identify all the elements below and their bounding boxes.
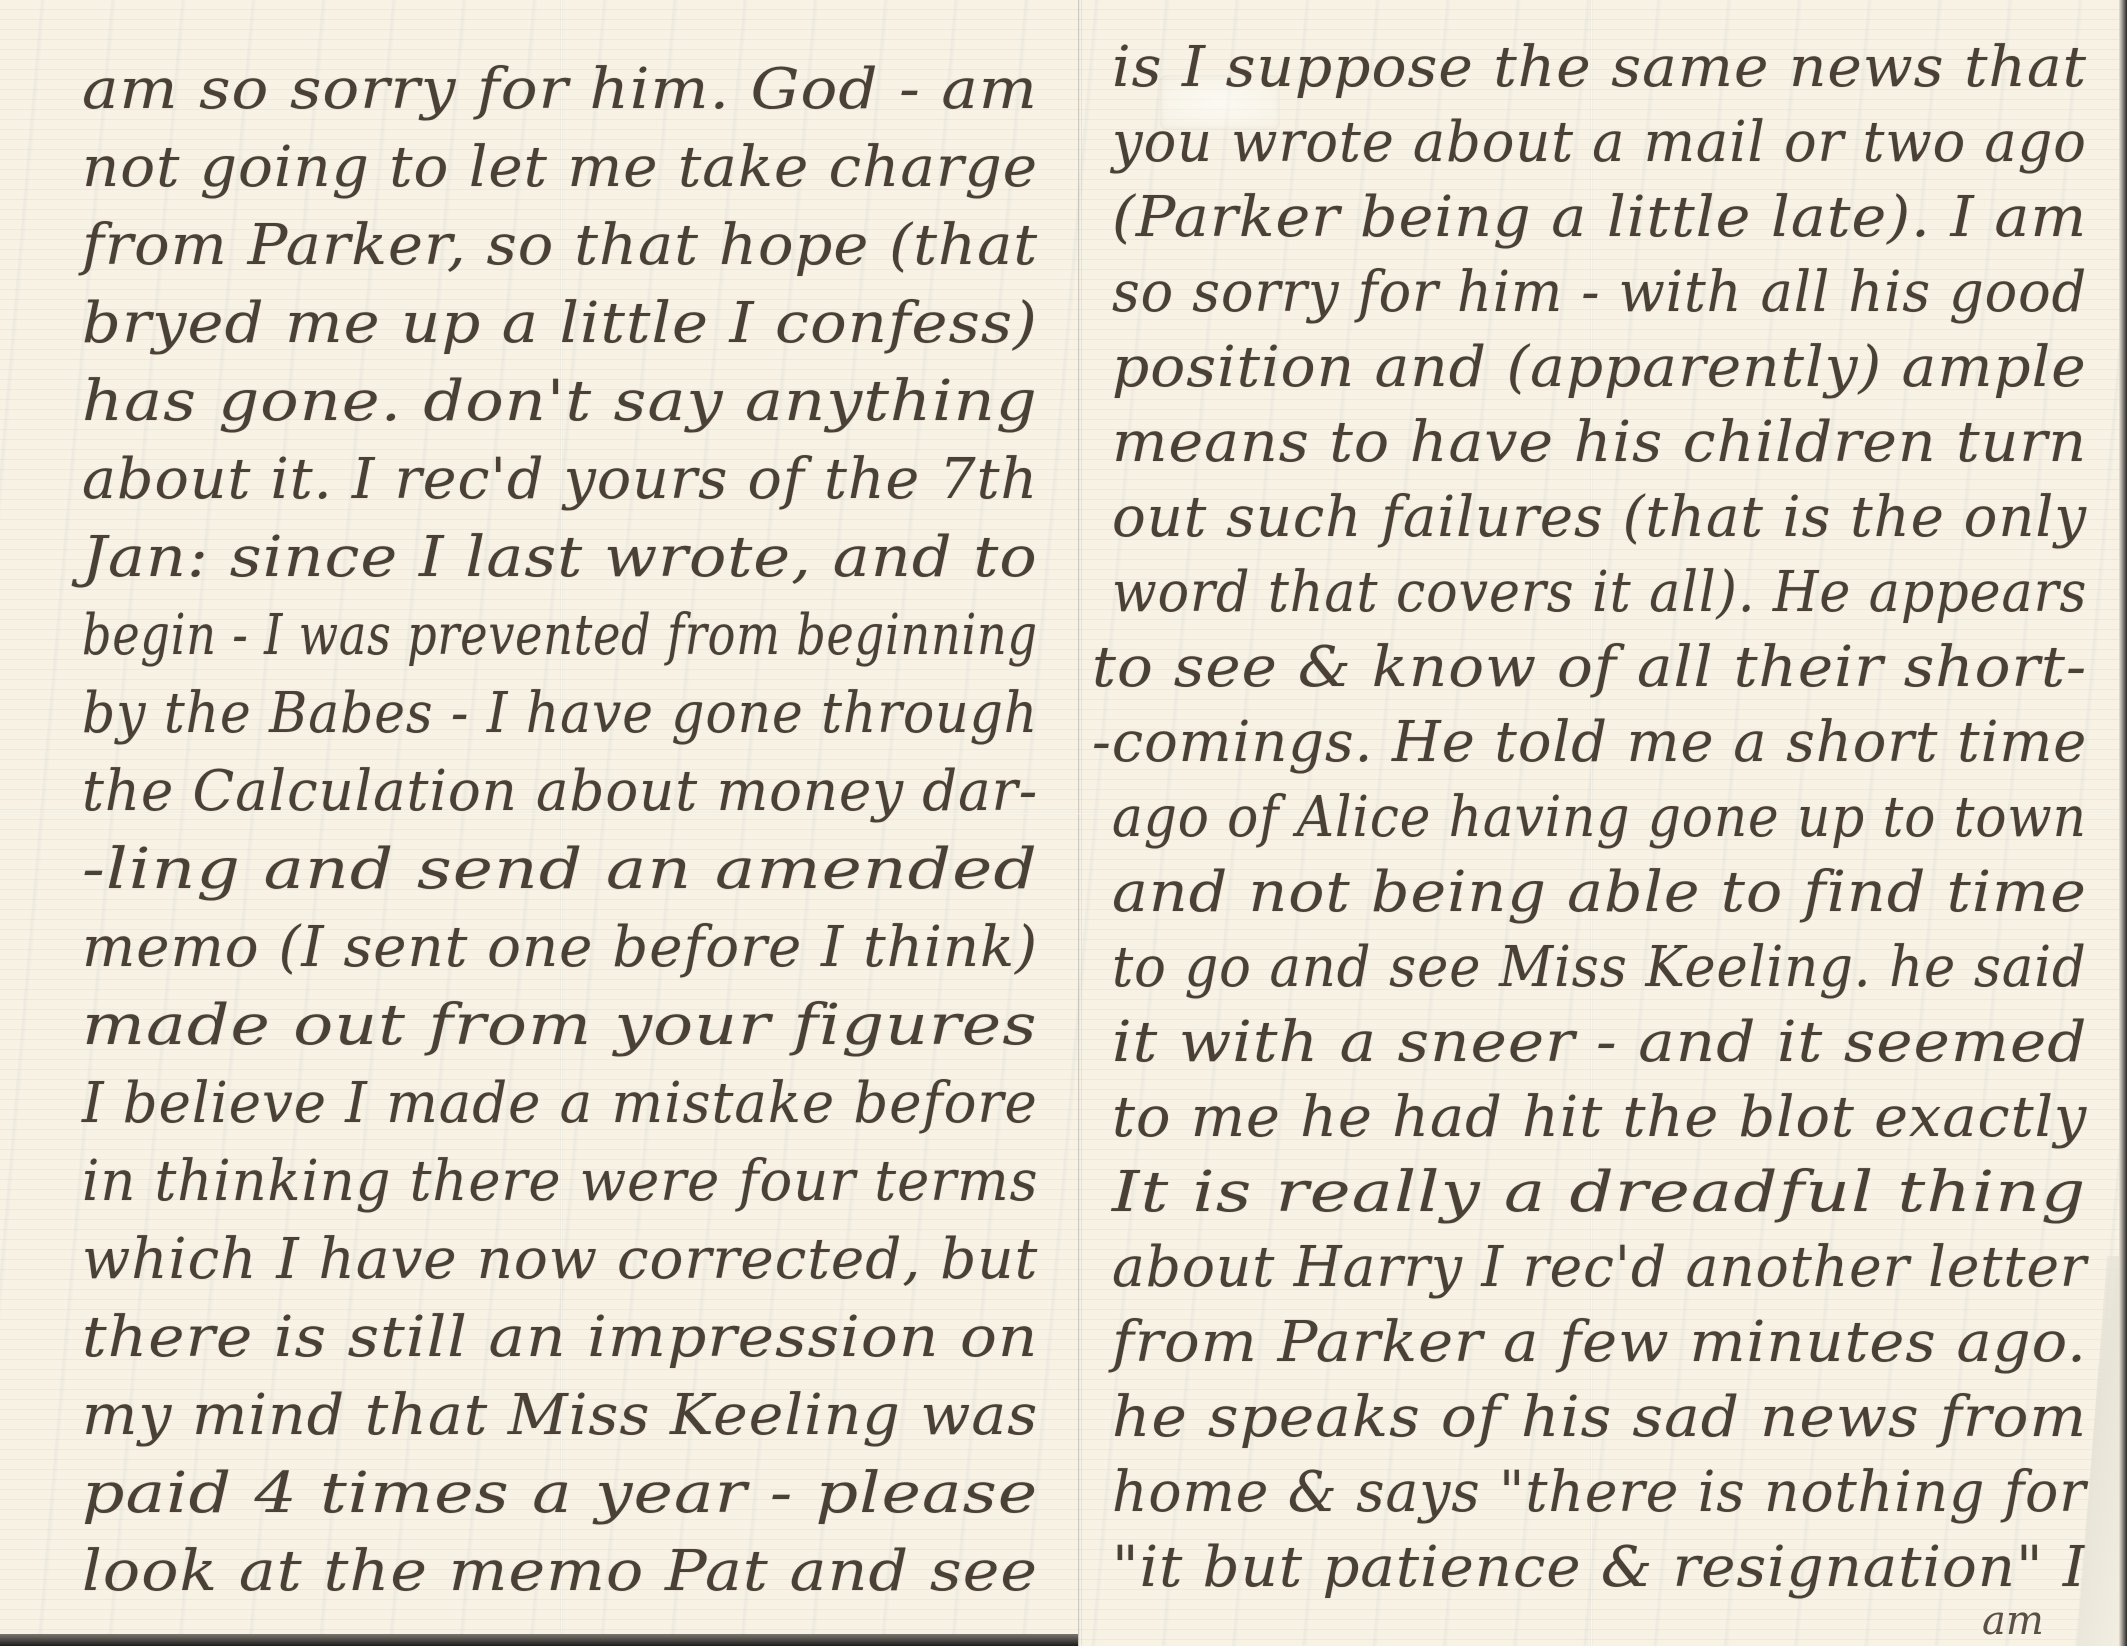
handwritten-line: begin - I was prevented from beginning <box>82 608 1038 664</box>
handwritten-line: -comings. He told me a short time <box>1092 715 2087 771</box>
handwritten-line: It is really a dreadful thing <box>1112 1165 2086 1221</box>
handwritten-line: bryed me up a little I confess) <box>82 296 1038 352</box>
handwritten-line: -ling and send an amended <box>82 842 1038 898</box>
handwritten-line: made out from your figures <box>82 998 1038 1054</box>
scan-edge-shadow <box>0 1634 1078 1646</box>
handwritten-line: my mind that Miss Keeling was <box>82 1388 1038 1444</box>
handwritten-line: from Parker a few minutes ago. <box>1112 1315 2087 1371</box>
handwritten-line: he speaks of his sad news from <box>1112 1390 2087 1446</box>
handwritten-line: not going to let me take charge <box>82 140 1038 196</box>
letter-sheet: am so sorry for him. God - am not going … <box>0 0 2127 1646</box>
handwritten-line: to me he had hit the blot exactly <box>1112 1090 2087 1146</box>
handwritten-line: has gone. don't say anything <box>82 374 1038 430</box>
handwritten-line: so sorry for him - with all his good <box>1112 265 2087 321</box>
handwritten-line: the Calculation about money dar- <box>82 764 1038 820</box>
handwritten-line: look at the memo Pat and see <box>82 1544 1038 1600</box>
handwritten-line: about Harry I rec'd another letter <box>1112 1240 2087 1296</box>
handwritten-line: word that covers it all). He appears <box>1112 565 2087 621</box>
handwritten-line: (Parker being a little late). I am <box>1112 190 2087 246</box>
handwritten-line: home & says "there is nothing for <box>1112 1465 2087 1521</box>
handwritten-line: by the Babes - I have gone through <box>82 686 1038 742</box>
handwritten-line: paid 4 times a year - please <box>82 1466 1038 1522</box>
handwritten-line: "it but patience & resignation" I <box>1112 1540 2087 1596</box>
handwritten-line: to go and see Miss Keeling. he said <box>1112 940 2087 996</box>
handwritten-line: there is still an impression on <box>82 1310 1038 1366</box>
handwritten-line: position and (apparently) ample <box>1112 340 2087 396</box>
handwritten-line: to see & know of all their short- <box>1092 640 2087 696</box>
handwritten-line: and not being able to find time <box>1112 865 2087 921</box>
handwritten-line: from Parker, so that hope (that <box>82 218 1038 274</box>
handwritten-line: you wrote about a mail or two ago <box>1112 115 2087 171</box>
scan-edge-shadow-right <box>2119 0 2127 1646</box>
right-page: is I suppose the same news that you wrot… <box>1082 0 2127 1646</box>
handwritten-line: which I have now corrected, but <box>82 1232 1038 1288</box>
left-page: am so sorry for him. God - am not going … <box>0 0 1078 1646</box>
handwritten-line: memo (I sent one before I think) <box>82 920 1038 976</box>
handwritten-line: means to have his children turn <box>1112 415 2087 471</box>
handwritten-line: out such failures (that is the only <box>1112 490 2087 546</box>
handwritten-line: in thinking there were four terms <box>82 1154 1038 1210</box>
handwritten-line: Jan: since I last wrote, and to <box>82 530 1038 586</box>
handwritten-line: ago of Alice having gone up to town <box>1112 790 2087 846</box>
catchword: am <box>1982 1598 2044 1644</box>
handwritten-line: am so sorry for him. God - am <box>82 62 1038 118</box>
handwritten-line: about it. I rec'd yours of the 7th <box>82 452 1038 508</box>
handwritten-line: is I suppose the same news that <box>1112 40 2087 96</box>
handwritten-line: it with a sneer - and it seemed <box>1112 1015 2087 1071</box>
handwritten-line: I believe I made a mistake before <box>82 1076 1038 1132</box>
